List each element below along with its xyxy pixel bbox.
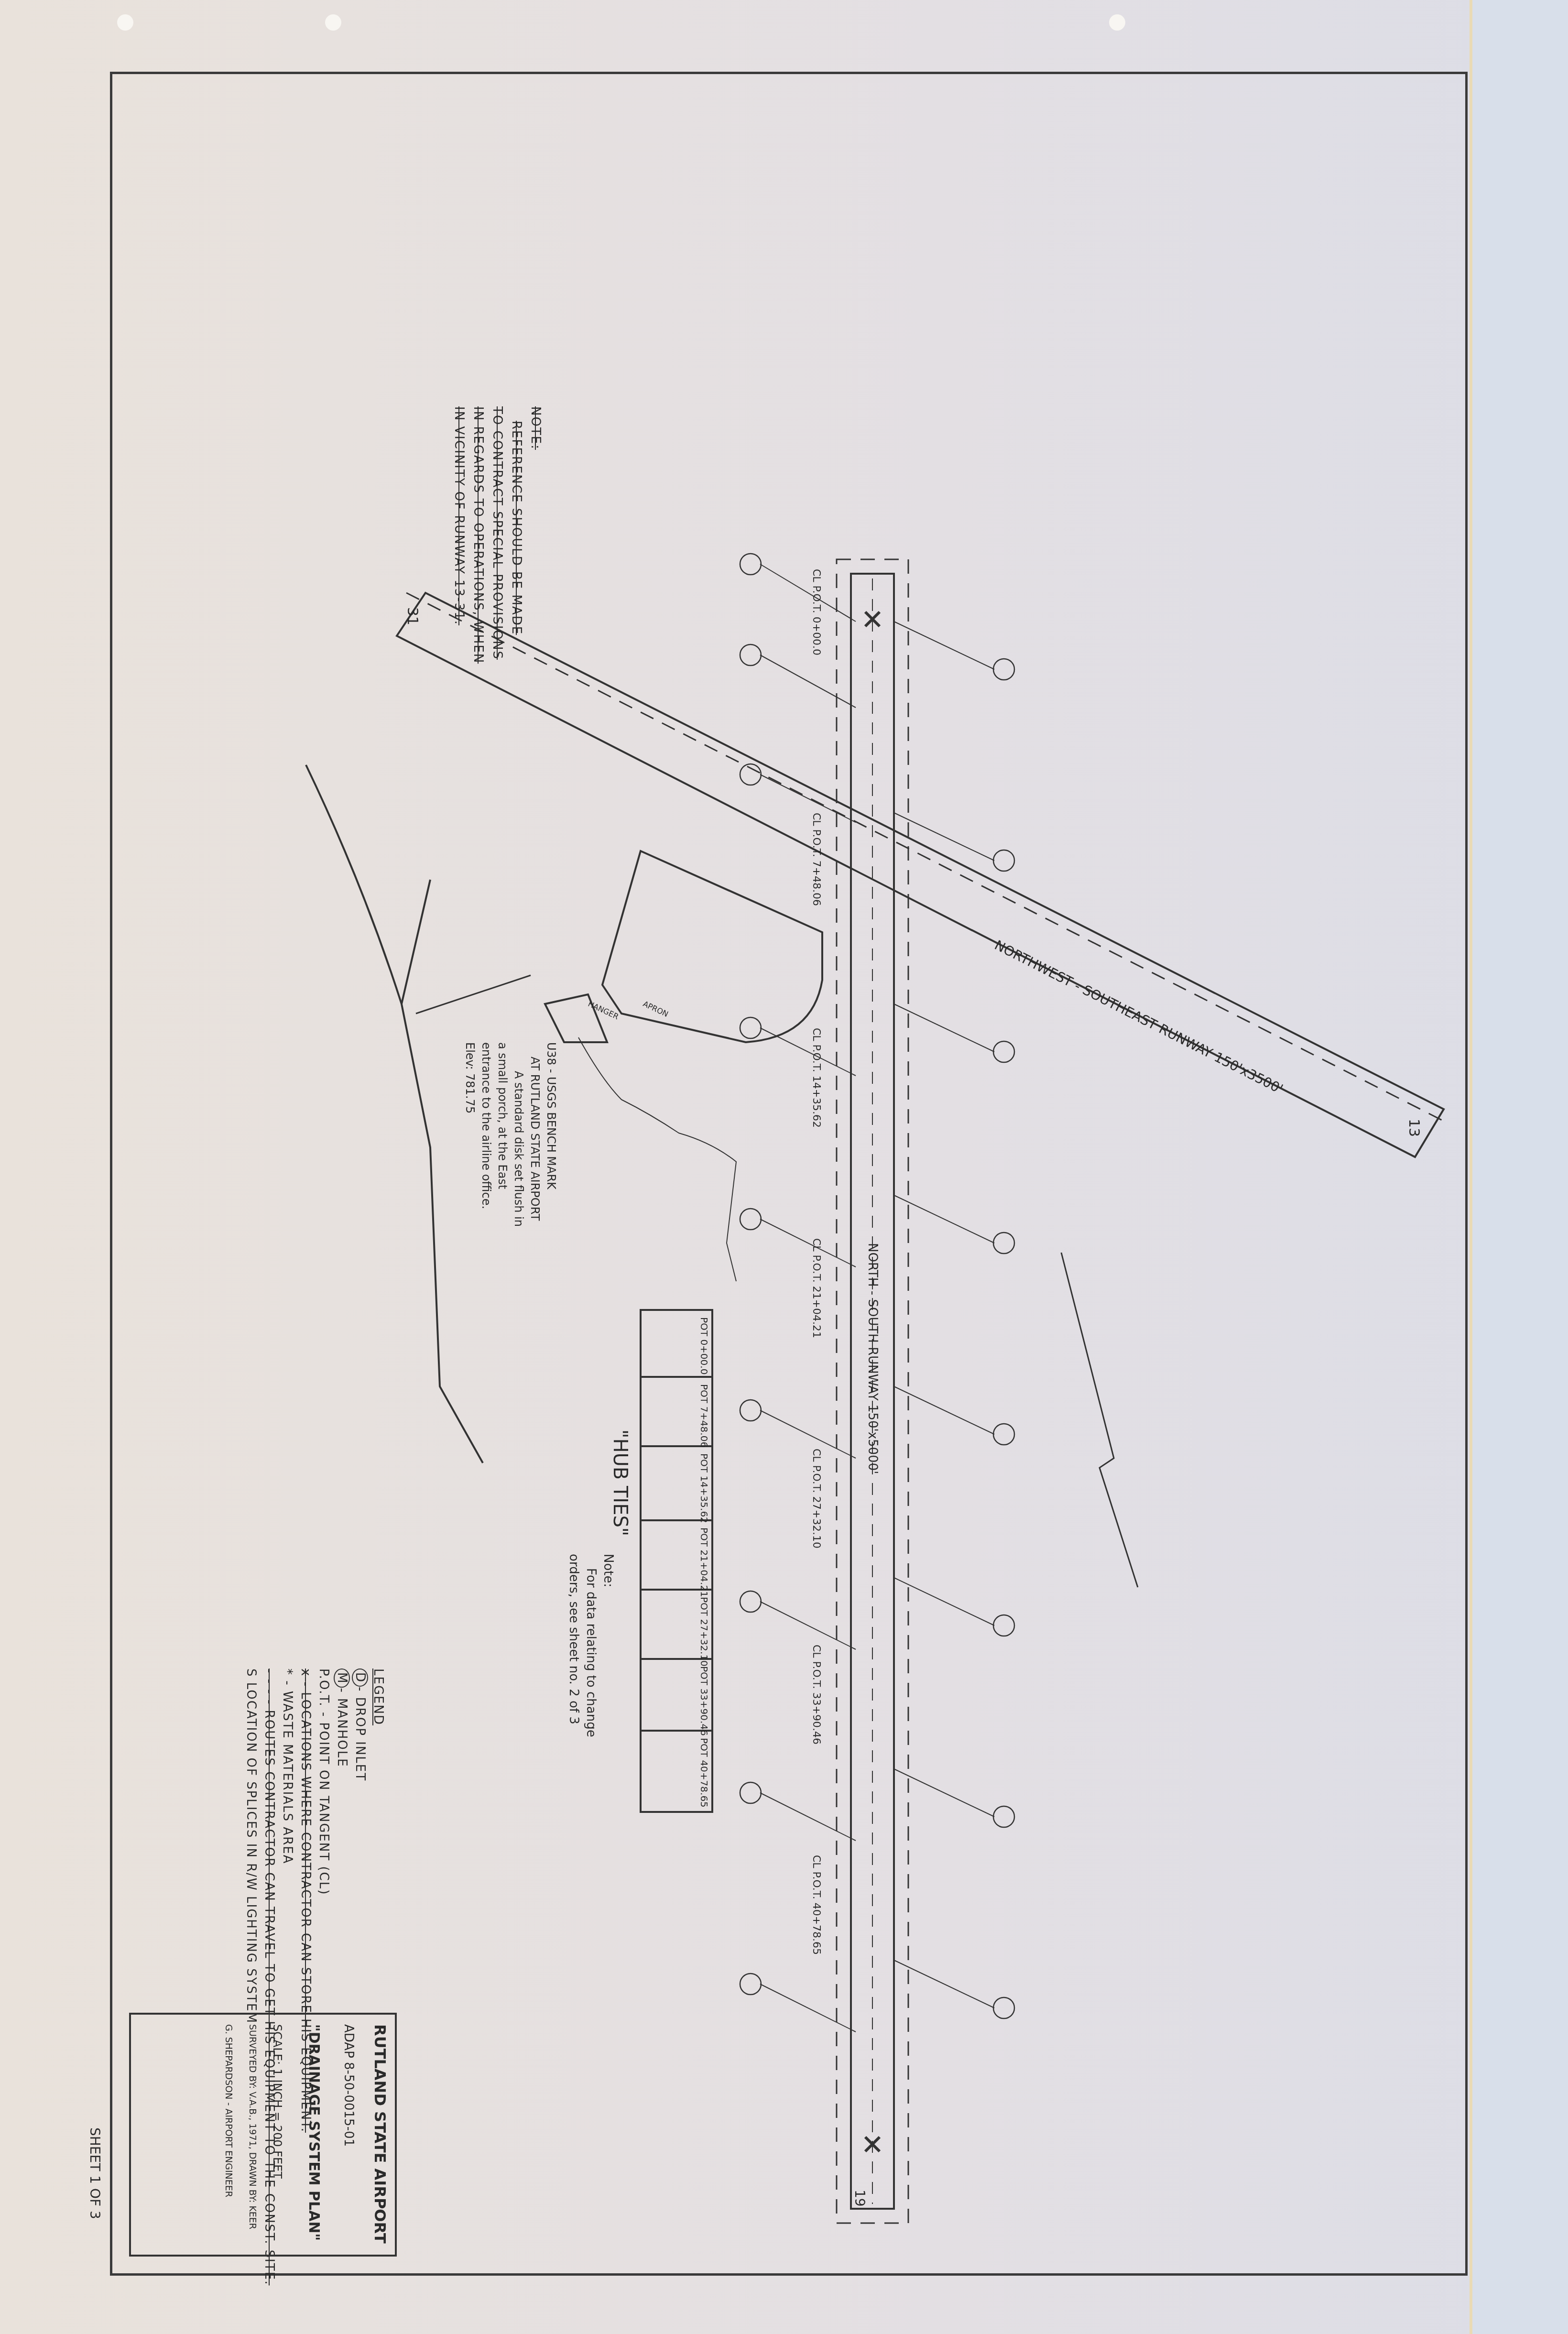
hub-tie-station: POT 27+32.10 xyxy=(698,1597,710,1667)
ns-runway-label: NORTH - SOUTH RUNWAY 150'x5000' xyxy=(865,1243,880,1474)
note-line: REFERENCE SHOULD BE MADE xyxy=(507,406,526,664)
pot-label: CL P.O.T. 0+00.0 xyxy=(810,569,822,655)
engineer: G. SHEPARDSON - AIRPORT ENGINEER xyxy=(223,2024,234,2197)
note-line: For data relating to change xyxy=(582,1554,599,1737)
hub-tie-station: POT 21+04.21 xyxy=(698,1527,710,1597)
note-heading: Note: xyxy=(599,1554,617,1737)
benchmark-note: U38 - USGS BENCH MARK AT RUTLAND STATE A… xyxy=(462,1042,559,1227)
note-line: orders, see sheet no. 2 of 3 xyxy=(565,1554,582,1737)
site-plan-drawing xyxy=(0,0,1568,2334)
benchmark-line: a small porch, at the East xyxy=(494,1042,511,1227)
pot-label: CL P.O.T. 21+04.21 xyxy=(810,1238,822,1338)
plan-title: "DRAINAGE SYSTEM PLAN" xyxy=(305,2024,322,2241)
pot-label: CL P.O.T. 33+90.46 xyxy=(810,1645,822,1745)
note-heading: NOTE: xyxy=(526,406,545,664)
x-mark-icon: x xyxy=(298,1669,313,1677)
pot-label: CL P.O.T. 27+32.10 xyxy=(810,1449,822,1549)
pot-label: CL P.O.T. 14+35.62 xyxy=(810,1028,822,1128)
hub-tie-station: POT 14+35.62 xyxy=(698,1453,710,1523)
sheet-number: SHEET 1 OF 3 xyxy=(87,2127,103,2219)
runway-end-13: 13 xyxy=(1405,1119,1422,1137)
hub-tie-station: POT 0+00.0 xyxy=(698,1317,710,1374)
runway-end-31: 31 xyxy=(404,607,421,625)
airport-name: RUTLAND STATE AIRPORT xyxy=(371,2024,389,2244)
project-number: ADAP 8-50-0015-01 xyxy=(341,2024,356,2147)
note-line: TO CONTRACT SPECIAL PROVISIONS xyxy=(488,406,507,664)
scale: SCALE: 1 INCH = 200 FEET xyxy=(271,2024,284,2179)
change-order-note: Note: For data relating to change orders… xyxy=(565,1554,617,1737)
asterisk-icon: * xyxy=(280,1669,294,1676)
operations-note: NOTE: REFERENCE SHOULD BE MADE TO CONTRA… xyxy=(449,406,545,664)
benchmark-line: Elev: 781.75 xyxy=(462,1042,478,1227)
benchmark-line: A standard disk set flush in xyxy=(511,1042,527,1227)
pot-label: CL P.O.T. 40+78.65 xyxy=(810,1855,822,1955)
dashed-line-icon: - - - xyxy=(262,1669,276,1695)
drop-inlet-icon: D xyxy=(352,1669,368,1687)
benchmark-line: entrance to the airline office. xyxy=(478,1042,494,1227)
surveyed-by: SURVEYED BY: V.A.B., 1971, DRAWN BY: KEE… xyxy=(247,2024,258,2229)
title-block: RUTLAND STATE AIRPORT ADAP 8-50-0015-01 … xyxy=(129,2013,397,2257)
hub-tie-station: POT 33+90.46 xyxy=(698,1666,710,1736)
note-line: IN REGARDS TO OPERATIONS, WHEN xyxy=(468,406,488,664)
manhole-icon: M xyxy=(334,1669,350,1688)
pot-label: CL P.O.T. 7+48.06 xyxy=(810,813,822,906)
note-line: IN VICINITY OF RUNWAY 13-31. xyxy=(449,406,468,664)
hub-tie-station: POT 40+78.65 xyxy=(698,1738,710,1808)
runway-end-19: 19 xyxy=(852,2190,868,2207)
benchmark-line: AT RUTLAND STATE AIRPORT xyxy=(527,1042,543,1227)
benchmark-line: U38 - USGS BENCH MARK xyxy=(543,1042,559,1227)
hub-tie-station: POT 7+48.06 xyxy=(698,1384,710,1448)
hub-ties-title: "HUB TIES" xyxy=(609,1429,631,1536)
splice-icon: S xyxy=(244,1669,258,1678)
